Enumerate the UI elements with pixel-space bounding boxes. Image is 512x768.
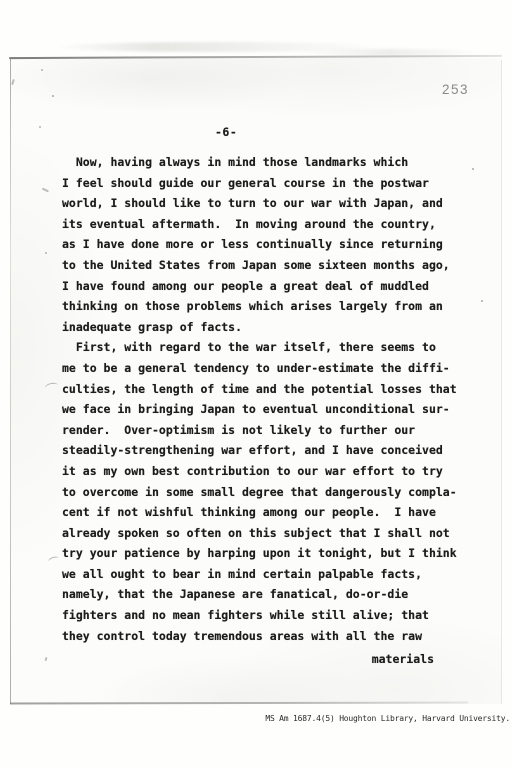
dust-speck [481,300,483,302]
paper-left-edge [10,58,11,704]
dust-speck [472,168,474,170]
scanned-document-page: 253 -6- Now, having always in mind those… [0,0,512,768]
dust-speck [41,69,43,71]
dust-speck [45,252,47,254]
catchword: materials [372,652,434,666]
archive-page-number: 253 [442,82,469,97]
scan-streak [300,49,480,56]
page-number-heading: -6- [215,125,237,139]
dust-speck [52,95,54,97]
paper-right-edge [501,60,502,704]
dust-speck [39,126,41,128]
library-credit-line: MS Am 1687.4(5) Houghton Library, Harvar… [265,714,510,723]
typewritten-body-text: Now, having always in mind those landmar… [62,152,482,646]
